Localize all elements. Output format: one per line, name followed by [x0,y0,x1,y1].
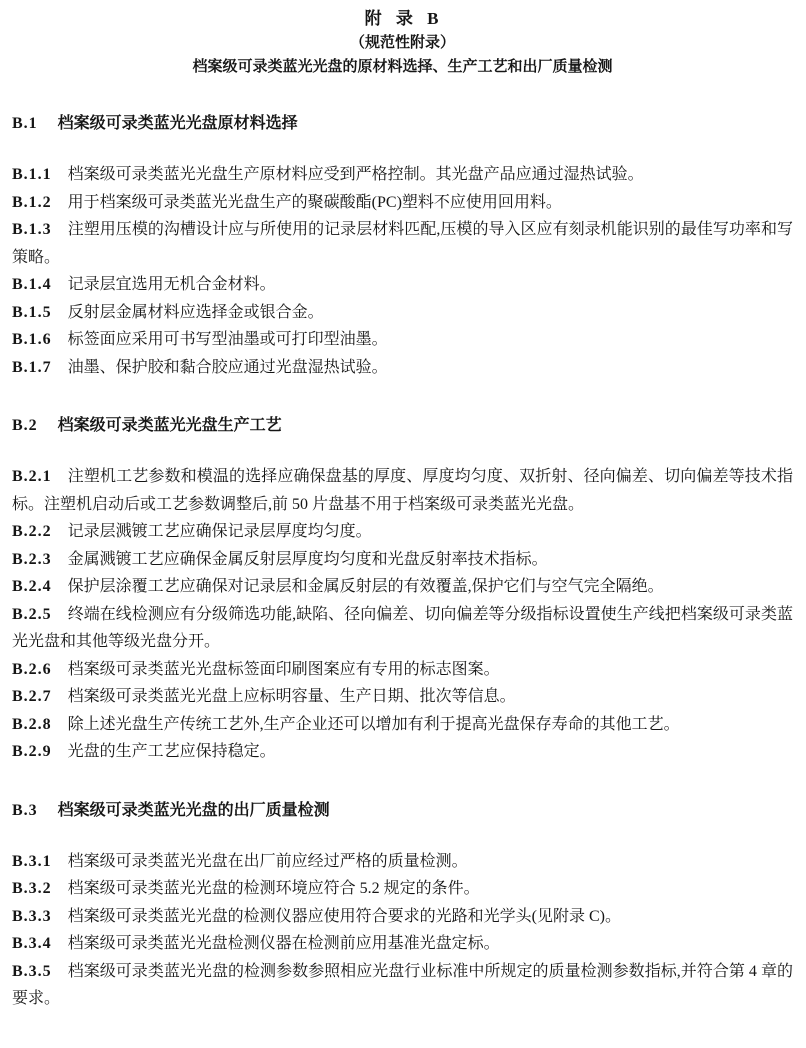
section-heading: B.3档案级可录类蓝光光盘的出厂质量检测 [12,800,793,822]
clause-number: B.2.4 [12,578,52,595]
clause-text: 档案级可录类蓝光光盘在出厂前应经过严格的质量检测。 [68,853,468,870]
clause: B.2.6档案级可录类蓝光光盘标签面印刷图案应有专用的标志图案。 [12,656,793,684]
clause-number: B.2.1 [12,468,52,485]
document-title: 档案级可录类蓝光光盘的原材料选择、生产工艺和出厂质量检测 [12,55,793,79]
clause-text: 注塑用压模的沟槽设计应与所使用的记录层材料匹配,压模的导入区应有刻录机能识别的最… [12,221,793,266]
clause-number: B.2.6 [12,661,52,678]
section-title: 档案级可录类蓝光光盘原材料选择 [58,115,298,132]
section-heading: B.1档案级可录类蓝光光盘原材料选择 [12,113,793,135]
clause-text: 档案级可录类蓝光光盘标签面印刷图案应有专用的标志图案。 [68,661,500,678]
clause-number: B.1.5 [12,304,52,321]
clause: B.2.9光盘的生产工艺应保持稳定。 [12,738,793,766]
clause-number: B.1.6 [12,331,52,348]
clause: B.2.7档案级可录类蓝光光盘上应标明容量、生产日期、批次等信息。 [12,683,793,711]
clause: B.3.1档案级可录类蓝光光盘在出厂前应经过严格的质量检测。 [12,848,793,876]
clause: B.2.3金属溅镀工艺应确保金属反射层厚度均匀度和光盘反射率技术指标。 [12,546,793,574]
clause-number: B.2.3 [12,551,52,568]
document-page: 附 录 B （规范性附录） 档案级可录类蓝光光盘的原材料选择、生产工艺和出厂质量… [0,0,806,1048]
clause-number: B.1.1 [12,166,52,183]
clause: B.2.5终端在线检测应有分级筛选功能,缺陷、径向偏差、切向偏差等分级指标设置使… [12,601,793,656]
section: B.1档案级可录类蓝光光盘原材料选择 B.1.1档案级可录类蓝光光盘生产原材料应… [12,113,793,381]
clause: B.1.1档案级可录类蓝光光盘生产原材料应受到严格控制。其光盘产品应通过湿热试验… [12,161,793,189]
clause-number: B.2.9 [12,743,52,760]
clause-text: 记录层溅镀工艺应确保记录层厚度均匀度。 [68,523,372,540]
clause: B.2.4保护层涂覆工艺应确保对记录层和金属反射层的有效覆盖,保护它们与空气完全… [12,573,793,601]
section: B.2档案级可录类蓝光光盘生产工艺 B.2.1注塑机工艺参数和模温的选择应确保盘… [12,415,793,766]
section-number: B.2 [12,417,38,434]
clause: B.1.4记录层宜选用无机合金材料。 [12,271,793,299]
clause-text: 标签面应采用可书写型油墨或可打印型油墨。 [68,331,388,348]
clause-number: B.1.7 [12,359,52,376]
clause-text: 档案级可录类蓝光光盘的检测参数参照相应光盘行业标准中所规定的质量检测参数指标,并… [12,963,793,1008]
clause-number: B.1.4 [12,276,52,293]
clause: B.1.3注塑用压模的沟槽设计应与所使用的记录层材料匹配,压模的导入区应有刻录机… [12,216,793,271]
clause-text: 光盘的生产工艺应保持稳定。 [68,743,276,760]
clause-text: 除上述光盘生产传统工艺外,生产企业还可以增加有利于提高光盘保存寿命的其他工艺。 [68,716,680,733]
clause: B.1.7油墨、保护胶和黏合胶应通过光盘湿热试验。 [12,354,793,382]
clause: B.3.4档案级可录类蓝光光盘检测仪器在检测前应用基准光盘定标。 [12,930,793,958]
section-title: 档案级可录类蓝光光盘的出厂质量检测 [58,802,330,819]
clause-text: 记录层宜选用无机合金材料。 [68,276,276,293]
clause-text: 档案级可录类蓝光光盘上应标明容量、生产日期、批次等信息。 [68,688,516,705]
clause-text: 档案级可录类蓝光光盘的检测仪器应使用符合要求的光路和光学头(见附录 C)。 [68,908,621,925]
clause: B.1.2用于档案级可录类蓝光光盘生产的聚碳酸酯(PC)塑料不应使用回用料。 [12,189,793,217]
section-number: B.1 [12,115,38,132]
clause-number: B.3.3 [12,908,52,925]
clause: B.1.5反射层金属材料应选择金或银合金。 [12,299,793,327]
section-clauses: B.2.1注塑机工艺参数和模温的选择应确保盘基的厚度、厚度均匀度、双折射、径向偏… [12,463,793,766]
clause: B.2.2记录层溅镀工艺应确保记录层厚度均匀度。 [12,518,793,546]
clause-number: B.1.2 [12,194,52,211]
section-clauses: B.3.1档案级可录类蓝光光盘在出厂前应经过严格的质量检测。 B.3.2档案级可… [12,848,793,1013]
clause-number: B.3.5 [12,963,52,980]
section: B.3档案级可录类蓝光光盘的出厂质量检测 B.3.1档案级可录类蓝光光盘在出厂前… [12,800,793,1013]
clause: B.3.3档案级可录类蓝光光盘的检测仪器应使用符合要求的光路和光学头(见附录 C… [12,903,793,931]
clause-text: 反射层金属材料应选择金或银合金。 [68,304,324,321]
clause-text: 档案级可录类蓝光光盘检测仪器在检测前应用基准光盘定标。 [68,935,500,952]
clause-number: B.3.4 [12,935,52,952]
section-number: B.3 [12,802,38,819]
clause: B.1.6标签面应采用可书写型油墨或可打印型油墨。 [12,326,793,354]
clause-text: 用于档案级可录类蓝光光盘生产的聚碳酸酯(PC)塑料不应使用回用料。 [68,194,562,211]
section-clauses: B.1.1档案级可录类蓝光光盘生产原材料应受到严格控制。其光盘产品应通过湿热试验… [12,161,793,381]
clause-number: B.3.2 [12,880,52,897]
clause-number: B.2.7 [12,688,52,705]
sections-container: B.1档案级可录类蓝光光盘原材料选择 B.1.1档案级可录类蓝光光盘生产原材料应… [12,113,793,1013]
clause-number: B.3.1 [12,853,52,870]
appendix-kind-label: （规范性附录） [12,31,793,55]
clause-number: B.2.5 [12,606,52,623]
clause-text: 终端在线检测应有分级筛选功能,缺陷、径向偏差、切向偏差等分级指标设置使生产线把档… [12,606,793,651]
appendix-title: 附 录 B [12,6,793,31]
clause-number: B.2.2 [12,523,52,540]
clause-number: B.2.8 [12,716,52,733]
clause: B.2.1注塑机工艺参数和模温的选择应确保盘基的厚度、厚度均匀度、双折射、径向偏… [12,463,793,518]
clause-text: 注塑机工艺参数和模温的选择应确保盘基的厚度、厚度均匀度、双折射、径向偏差、切向偏… [12,468,793,513]
clause-text: 油墨、保护胶和黏合胶应通过光盘湿热试验。 [68,359,388,376]
clause-text: 金属溅镀工艺应确保金属反射层厚度均匀度和光盘反射率技术指标。 [68,551,548,568]
clause: B.3.2档案级可录类蓝光光盘的检测环境应符合 5.2 规定的条件。 [12,875,793,903]
section-heading: B.2档案级可录类蓝光光盘生产工艺 [12,415,793,437]
document-header: 附 录 B （规范性附录） 档案级可录类蓝光光盘的原材料选择、生产工艺和出厂质量… [12,6,793,79]
clause-text: 保护层涂覆工艺应确保对记录层和金属反射层的有效覆盖,保护它们与空气完全隔绝。 [68,578,664,595]
clause-text: 档案级可录类蓝光光盘生产原材料应受到严格控制。其光盘产品应通过湿热试验。 [68,166,644,183]
clause: B.2.8除上述光盘生产传统工艺外,生产企业还可以增加有利于提高光盘保存寿命的其… [12,711,793,739]
section-title: 档案级可录类蓝光光盘生产工艺 [58,417,282,434]
clause-number: B.1.3 [12,221,52,238]
clause: B.3.5档案级可录类蓝光光盘的检测参数参照相应光盘行业标准中所规定的质量检测参… [12,958,793,1013]
clause-text: 档案级可录类蓝光光盘的检测环境应符合 5.2 规定的条件。 [68,880,480,897]
